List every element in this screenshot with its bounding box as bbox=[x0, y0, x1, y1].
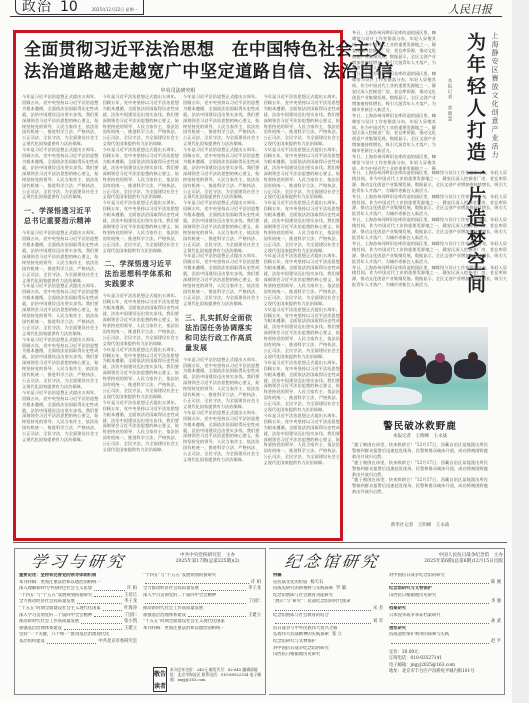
masthead: 政治 10 2025年12月22日 星期一 人民日报 bbox=[10, 0, 502, 17]
table-of-contents-left: 重要论述：坚持和完善党的领导体制机制 本刊特稿：更加注重法治和以德治国相统一 深… bbox=[19, 573, 137, 646]
page-number: 10 bbox=[60, 0, 78, 15]
publication-info: 中国人民抗日战争纪念馆 主办 2025年第6期(总第6期)12月15日出版 bbox=[399, 553, 503, 565]
photo-rescuer-1-head bbox=[406, 349, 417, 360]
photo-rescuer-2 bbox=[426, 360, 452, 384]
right-story-byline: 本报记者 黄晓慧 bbox=[446, 78, 452, 122]
reader-notice-label: 敬 告 读 者 bbox=[153, 667, 167, 692]
body-paragraph: 冬日，上海苏州河畔旧仓库改造的园区里，咖啡馆与设计工作室错落分布，年轻人穿梭其间… bbox=[352, 154, 436, 170]
publication-title: 学习与研究 bbox=[29, 549, 127, 572]
toc-row: 许 柏 bbox=[143, 580, 261, 587]
body-paragraph: 今年是习近平法治思想正式提出五周年。回顾五年，党中央坚持以习近平法治思想为根本遵… bbox=[264, 94, 341, 147]
body-paragraph: 今年是习近平法治思想正式提出五周年。回顾五年，党中央坚持以习近平法治思想为根本遵… bbox=[183, 357, 260, 410]
subhead-3: 三、扎实抓好全面依法治国任务协调落实和司法行政工作高质量发展 bbox=[185, 313, 258, 353]
toc-row: 全力推动经济社会高质量发展李子龙 bbox=[19, 599, 137, 606]
body-paragraph: 今年是习近平法治思想正式提出五周年。回顾五年，党中央坚持以习近平法治思想为根本遵… bbox=[264, 253, 341, 306]
publication-study-and-research: 学习与研究 中共中央党校研究室 主办 2025年第17期(总第225期)(2) … bbox=[14, 548, 266, 695]
body-paragraph: 冬日，上海苏州河畔旧仓库改造的园区里，咖啡馆与设计工作室错落分布，年轻人穿梭其间… bbox=[352, 265, 507, 289]
body-paragraph: 今年是习近平法治思想正式提出五周年。回顾五年，党中央坚持以习近平法治思想为根本遵… bbox=[22, 147, 99, 200]
toc-row: 重要论述：坚持和完善党的领导体制机制 bbox=[19, 573, 137, 580]
toc-row: 本刊特稿：更加注重法治和以德治国相统一 bbox=[143, 626, 261, 633]
body-paragraph: 今年是习近平法治思想正式提出五周年。回顾五年，党中央坚持以习近平法治思想为根本遵… bbox=[103, 347, 180, 400]
photo-rescuer-3 bbox=[454, 359, 486, 379]
feature-column-1: 今年是习近平法治思想正式提出五周年。回顾五年，党中央坚持以习近平法治思想为根本遵… bbox=[22, 94, 99, 534]
body-paragraph: 冬日，上海苏州河畔旧仓库改造的园区里，咖啡馆与设计工作室错落分布，年轻人穿梭其间… bbox=[352, 241, 507, 265]
feature-column-2: 今年是习近平法治思想正式提出五周年。回顾五年，党中央坚持以习近平法治思想为根本遵… bbox=[103, 94, 180, 534]
toc-row: 纪念馆展陈与社会教育功能研究 bbox=[273, 593, 383, 600]
feature-byline: 中央司法研究组 bbox=[16, 87, 340, 94]
toc-row: 弘扬伟大抗战精神的实践探索张 立 bbox=[273, 632, 383, 639]
section-name: 政治 bbox=[22, 0, 52, 16]
toc-row: “十四五”与“十五五”发展规划衔接研究王培旦 bbox=[19, 593, 137, 600]
photo-ice-floe bbox=[362, 387, 422, 405]
toc-row: 基层组织建设中共北京市委研究室 bbox=[19, 639, 137, 646]
body-paragraph: 冬日，上海苏州河畔旧仓库改造的园区里，咖啡馆与设计工作室错落分布，年轻人穿梭其间… bbox=[352, 194, 507, 218]
caption-paragraph: “鹿子被困在冰里，快来救救它！”12月17日，西藏自治区某地派出所民警接到群众报… bbox=[352, 442, 488, 460]
body-paragraph: 今年是习近平法治思想正式提出五周年。回顾五年，党中央坚持以习近平法治思想为根本遵… bbox=[22, 390, 99, 443]
publication-title: 纪念馆研究 bbox=[283, 549, 381, 572]
toc-row: 日本侵华战争罪证档案研究 bbox=[389, 613, 501, 620]
toc-row: 全力推动经济社会高质量发展李子龙 bbox=[143, 586, 261, 593]
feature-column-3: 今年是习近平法治思想正式提出五周年。回顾五年，党中央坚持以习近平法治思想为根本遵… bbox=[183, 94, 260, 534]
body-paragraph: 今年是习近平法治思想正式提出五周年。回顾五年，党中央坚持以习近平法治思想为根本遵… bbox=[264, 307, 341, 360]
headline-line-1: 全面贯彻习近平法治思想 在中国特色社会主义 bbox=[24, 39, 336, 61]
publication-info: 中共中央党校研究室 主办 2025年第17期(总第225期)(2) bbox=[155, 553, 260, 565]
toc-row: 深入学习贯彻党的二十届四中全会精神 bbox=[143, 593, 261, 600]
photo-rescuer-3-head bbox=[468, 352, 478, 362]
photo-title: 警民破冰救野鹿 bbox=[352, 418, 488, 432]
newspaper-logo: 人民日报 bbox=[448, 1, 492, 17]
publication-footer: 定价：30.00元 订阅电话：010-83527141 电子邮箱：jngyj20… bbox=[389, 650, 501, 676]
caption-paragraph: “鹿子被困在冰里，快来救救它！”12月17日，西藏自治区某地派出所民警接到群众报… bbox=[352, 477, 488, 495]
body-paragraph: 今年是习近平法治思想正式提出五周年。回顾五年，党中央坚持以习近平法治思想为根本遵… bbox=[103, 94, 180, 147]
newspaper-page: 政治 10 2025年12月22日 星期一 人民日报 全面贯彻习近平法治思想 在… bbox=[0, 0, 512, 703]
toc-row: 论抗战文化的价值杨天石 bbox=[273, 580, 383, 587]
issue-line: 2025年第6期(总第6期)12月15日出版 bbox=[399, 559, 503, 565]
headline-line-2: 法治道路越走越宽广中坚定道路自信、法治自信 bbox=[24, 61, 336, 83]
toc-row: “展示”与“研究”：抗战纪念馆的时代使命 bbox=[273, 599, 383, 606]
photo-rescuer-2-head bbox=[435, 353, 445, 363]
body-paragraph: 冬日，上海苏州河畔旧仓库改造的园区里，咖啡馆与设计工作室错落分布，年轻人穿梭其间… bbox=[352, 71, 436, 112]
toc-row: 加强基层治理体系建设王建立 bbox=[19, 626, 137, 633]
body-paragraph: 冬日，上海苏州河畔旧仓库改造的园区里，咖啡馆与设计工作室错落分布，年轻人穿梭其间… bbox=[352, 170, 507, 194]
body-paragraph: 今年是习近平法治思想正式提出五周年。回顾五年，党中央坚持以习近平法治思想为根本遵… bbox=[22, 283, 99, 336]
body-paragraph: 今年是习近平法治思想正式提出五周年。回顾五年，党中央坚持以习近平法治思想为根本遵… bbox=[183, 147, 260, 200]
body-paragraph: 冬日，上海苏州河畔旧仓库改造的园区里，咖啡馆与设计工作室错落分布，年轻人穿梭其间… bbox=[352, 113, 436, 154]
subhead-2: 二、学深悟透习近平法治思想科学体系和实践要求 bbox=[105, 259, 178, 289]
toc-row: 李 强 bbox=[389, 599, 501, 606]
body-paragraph: 今年是习近平法治思想正式提出五周年。回顾五年，党中央坚持以习近平法治思想为根本遵… bbox=[264, 147, 341, 200]
toc-row: 深入学习贯彻党的二十届四中全会精神丁国仁 bbox=[19, 613, 137, 620]
toc-row: 对中国抗日战争纪念馆的研究 bbox=[273, 646, 383, 653]
right-story-top-text: 冬日，上海苏州河畔旧仓库改造的园区里，咖啡馆与设计工作室错落分布，年轻人穿梭其间… bbox=[352, 30, 436, 170]
toc-row: “十四五”与“十五五”发展规划衔接研究 bbox=[143, 573, 261, 580]
toc-row: 深入理解新时代中国特色社会主义思想许 柏 bbox=[19, 586, 137, 593]
feature-headline: 全面贯彻习近平法治思想 在中国特色社会主义 法治道路越走越宽广中坚定道路自信、法… bbox=[24, 39, 336, 83]
body-paragraph: 冬日，上海苏州河畔旧仓库改造的园区里，咖啡馆与设计工作室错落分布，年轻人穿梭其间… bbox=[352, 217, 507, 241]
feature-column-4: 今年是习近平法治思想正式提出五周年。回顾五年，党中央坚持以习近平法治思想为根本遵… bbox=[264, 94, 341, 534]
issue-line: 2025年第17期(总第225期)(2) bbox=[155, 559, 260, 565]
body-paragraph: 今年是习近平法治思想正式提出五周年。回顾五年，党中央坚持以习近平法治思想为根本遵… bbox=[103, 147, 180, 200]
section-label-box: 政治 10 2025年12月22日 星期一 bbox=[15, 0, 144, 15]
body-paragraph: 今年是习近平法治思想正式提出五周年。回顾五年，党中央坚持以习近平法治思想为根本遵… bbox=[264, 413, 341, 466]
body-paragraph: 今年是习近平法治思想正式提出五周年。回顾五年，党中央坚持以习近平法治思想为根本遵… bbox=[183, 200, 260, 253]
toc-row: “十五五”时期全面建设社会主义现代化国家 bbox=[143, 619, 261, 626]
body-paragraph: 今年是习近平法治思想正式提出五周年。回顾五年，党中央坚持以习近平法治思想为根本遵… bbox=[22, 230, 99, 283]
toc-row: 赵 平 bbox=[389, 639, 501, 646]
issue-date: 2025年12月22日 星期一 bbox=[92, 7, 138, 13]
toc-row: “十五五”时期全面建设社会主义现代化国家叶海涛 bbox=[19, 606, 137, 613]
toc-row: 孙 武 bbox=[389, 619, 501, 626]
toc-row: 纪念馆展陈与社会教育的结合 bbox=[273, 613, 383, 620]
publication-memorial-hall-research: 纪念馆研究 中国人民抗日战争纪念馆 主办 2025年第6期(总第6期)12月15… bbox=[269, 548, 505, 695]
page-margin bbox=[512, 0, 529, 703]
toc-row: 纪念馆研究与文物保护 bbox=[389, 586, 501, 593]
toc-row: 遗址研究 bbox=[389, 626, 501, 633]
reader-notice-text: 本刊全年定价：240元 邮发代号：82-645 编辑部地址：北京市海淀区 联系电… bbox=[170, 667, 263, 692]
table-of-contents-left-2: “十四五”与“十五五”发展规划衔接研究 许 柏 全力推动经济社会高质量发展李子龙… bbox=[143, 573, 261, 632]
right-story: 冬日，上海苏州河畔旧仓库改造的园区里，咖啡馆与设计工作室错落分布，年轻人穿梭其间… bbox=[352, 30, 507, 541]
right-story-body: 冬日，上海苏州河畔旧仓库改造的园区里，咖啡馆与设计工作室错落分布，年轻人穿梭其间… bbox=[352, 170, 507, 295]
bottom-publications: 学习与研究 中共中央党校研究室 主办 2025年第17期(总第225期)(2) … bbox=[13, 542, 507, 697]
toc-row: 刘 军 bbox=[273, 619, 383, 626]
body-paragraph: 今年是习近平法治思想正式提出五周年。回顾五年，党中央坚持以习近平法治思想为根本遵… bbox=[103, 200, 180, 253]
toc-row: 坚持“一个关键，六个统一”推进基层治理现代化 bbox=[19, 632, 137, 639]
body-paragraph: 今年是习近平法治思想正式提出五周年。回顾五年，党中央坚持以习近平法治思想为根本遵… bbox=[22, 337, 99, 390]
toc-row: 抗战遗址保护利用的探索与实践 bbox=[389, 632, 501, 639]
caption-paragraph: “鹿子被困在冰里，快来救救它！”12月17日，西藏自治区某地派出所民警接到群众报… bbox=[352, 460, 488, 478]
news-photo-ice-rescue bbox=[352, 327, 488, 410]
feature-columns: 今年是习近平法治思想正式提出五周年。回顾五年，党中央坚持以习近平法治思想为根本遵… bbox=[22, 94, 340, 534]
toc-row: 抗战史研究的新视野与实践探索罗 敏 bbox=[273, 586, 383, 593]
toc-row: 特稿 bbox=[273, 573, 383, 580]
photo-byline: 本报记者 王明峰 王永战 bbox=[352, 433, 488, 439]
body-paragraph: 今年是习近平法治思想正式提出五周年。回顾五年，党中央坚持以习近平法治思想为根本遵… bbox=[183, 410, 260, 463]
reader-notice: 敬 告 读 者 本刊全年定价：240元 邮发代号：82-645 编辑部地址：北京… bbox=[153, 667, 263, 692]
body-paragraph: 今年是习近平法治思想正式提出五周年。回顾五年，党中央坚持以习近平法治思想为根本遵… bbox=[103, 293, 180, 346]
photo-caption: “鹿子被困在冰里，快来救救它！”12月17日，西藏自治区某地派出所民警接到群众报… bbox=[352, 442, 488, 514]
body-paragraph: 今年是习近平法治思想正式提出五周年。回顾五年，党中央坚持以习近平法治思想为根本遵… bbox=[103, 400, 180, 453]
body-paragraph: 冬日，上海苏州河畔旧仓库改造的园区里，咖啡馆与设计工作室错落分布，年轻人穿梭其间… bbox=[352, 30, 436, 71]
toc-row: 丁国仁 bbox=[143, 599, 261, 606]
toc-row: 对中国抗日战争纪念馆的研究 bbox=[389, 573, 501, 580]
body-paragraph: 今年是习近平法治思想正式提出五周年。回顾五年，党中央坚持以习近平法治思想为根本遵… bbox=[264, 200, 341, 253]
body-paragraph: 今年是习近平法治思想正式提出五周年。回顾五年，党中央坚持以习近平法治思想为根本遵… bbox=[183, 253, 260, 306]
toc-row: 加强基层治理体系建设王建立 bbox=[143, 613, 261, 620]
photo-deer bbox=[356, 373, 396, 385]
toc-row: 山西抗日根据地历史研究 bbox=[389, 593, 501, 600]
subhead-1: 一、学深悟透习近平总书记重要指示精神 bbox=[24, 206, 97, 226]
body-paragraph: 今年是习近平法治思想正式提出五周年。回顾五年，党中央坚持以习近平法治思想为根本遵… bbox=[183, 94, 260, 147]
right-story-kicker: 上海静安区赛放文化创意产业活力 bbox=[490, 32, 500, 160]
toc-row: 宋 杰 bbox=[273, 606, 383, 613]
toc-row: 档案研究 bbox=[389, 606, 501, 613]
table-of-contents-right: 特稿 论抗战文化的价值杨天石 抗战史研究的新视野与实践探索罗 敏 纪念馆展陈与社… bbox=[273, 573, 383, 659]
body-paragraph: 今年是习近平法治思想正式提出五周年。回顾五年，党中央坚持以习近平法治思想为根本遵… bbox=[264, 360, 341, 413]
body-paragraph: 今年是习近平法治思想正式提出五周年。回顾五年，党中央坚持以习近平法治思想为根本遵… bbox=[22, 94, 99, 147]
toc-row: 本刊特稿：更加注重法治和以德治国相统一 bbox=[19, 580, 137, 587]
photo-credit: 新华社记者 王明峰 王永战 bbox=[352, 522, 488, 528]
toc-row: 推动新时代社会工作高质量发展张小凯 bbox=[19, 619, 137, 626]
toc-row: 抗日战争与中华民族伟大复兴之路 bbox=[273, 626, 383, 633]
table-of-contents-right-2: 对中国抗日战争纪念馆的研究 陈 刚 纪念馆研究与文物保护 山西抗日根据地历史研究… bbox=[389, 573, 501, 676]
feature-article: 全面贯彻习近平法治思想 在中国特色社会主义 法治道路越走越宽广中坚定道路自信、法… bbox=[13, 30, 343, 541]
toc-row: 推动新时代社会工作高质量发展 bbox=[143, 606, 261, 613]
toc-row: 陈 刚 bbox=[389, 580, 501, 587]
toc-row: 纪念馆研究与文物保护 bbox=[273, 639, 383, 646]
toc-row: 山西抗日根据地历史研究 bbox=[273, 652, 383, 659]
